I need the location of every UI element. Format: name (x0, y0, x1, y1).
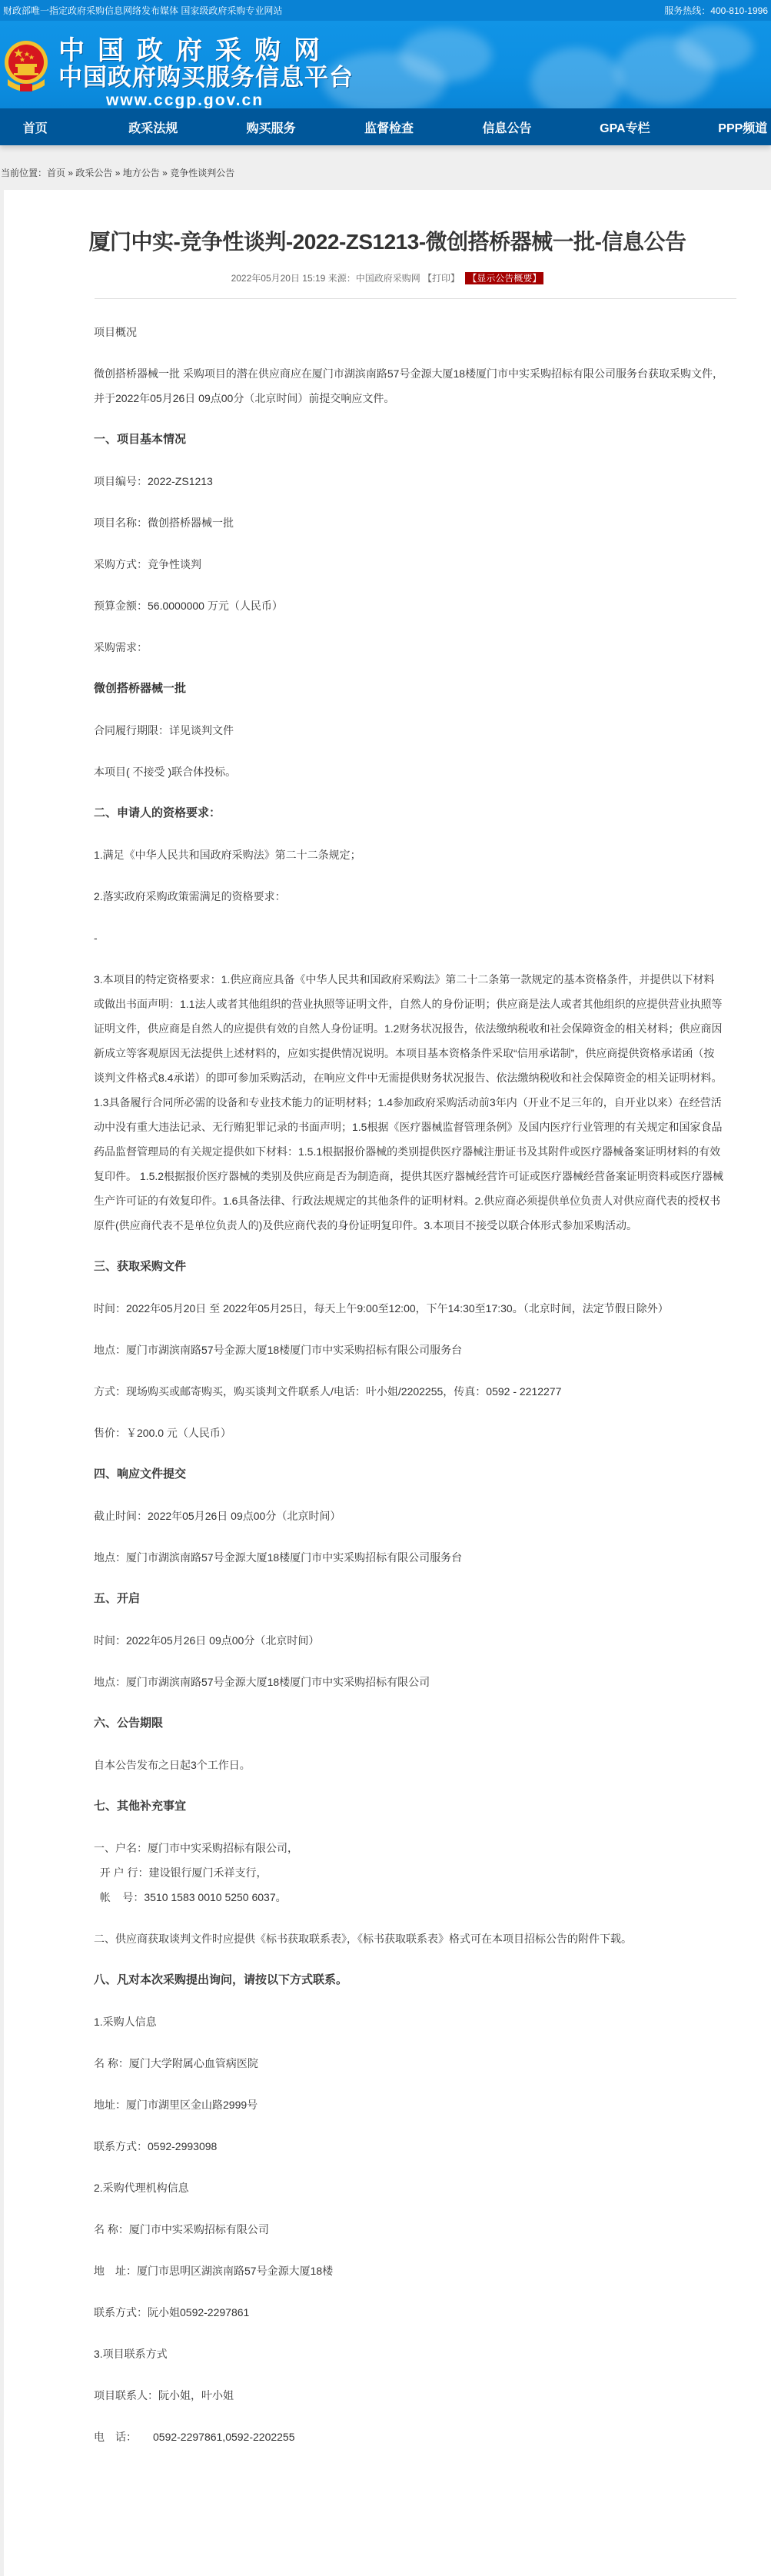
nav-item-home[interactable]: 首页 (8, 118, 62, 136)
nav-item-gpa[interactable]: GPA专栏 (597, 118, 653, 136)
site-subtitle: 中国政府购买服务信息平台 (58, 64, 354, 91)
article-source: 来源：中国政府采购网 (328, 273, 420, 284)
breadcrumb: 当前位置：首页 » 政采公告 » 地方公告 » 竞争性谈判公告 (0, 145, 771, 190)
show-summary-button[interactable]: 【显示公告概要】 (465, 272, 543, 284)
paragraph: 采购需求： (94, 635, 725, 660)
site-url: www.ccgp.gov.cn (106, 91, 354, 108)
paragraph: 地点：厦门市湖滨南路57号金源大厦18楼厦门市中实采购招标有限公司服务台 (94, 1338, 725, 1362)
paragraph: 预算金额：56.0000000 万元（人民币） (94, 593, 725, 618)
paragraph: 电 话： 0592-2297861,0592-2202255 (94, 2425, 725, 2449)
breadcrumb-home[interactable]: 首页 (47, 168, 65, 178)
paragraph: 地点：厦门市湖滨南路57号金源大厦18楼厦门市中实采购招标有限公司服务台 (94, 1545, 725, 1570)
paragraph: 本项目( 不接受 )联合体投标。 (94, 760, 725, 784)
nav-item-regulations[interactable]: 政采法规 (125, 118, 181, 136)
breadcrumb-separator: » (162, 168, 168, 178)
article-meta: 2022年05月20日 15:19 来源：中国政府采购网 【打印】 【显示公告概… (4, 271, 771, 285)
paragraph: 方式：现场购买或邮寄购买，购买谈判文件联系人/电话：叶小姐/2202255，传真… (94, 1379, 725, 1404)
paragraph: 地点：厦门市湖滨南路57号金源大厦18楼厦门市中实采购招标有限公司 (94, 1670, 725, 1694)
paragraph: 项目名称：微创搭桥器械一批 (94, 510, 725, 535)
national-emblem-icon (3, 36, 49, 96)
paragraph: 合同履行期限：详见谈判文件 (94, 718, 725, 743)
paragraph: 联系方式：阮小姐0592-2297861 (94, 2300, 725, 2325)
section-heading: 六、公告期限 (94, 1711, 725, 1736)
section-heading: 八、凡对本次采购提出询问，请按以下方式联系。 (94, 1968, 725, 1993)
top-bar: 财政部唯一指定政府采购信息网络发布媒体 国家级政府采购专业网站 服务热线：400… (0, 0, 771, 21)
paragraph: 项目编号：2022-ZS1213 (94, 469, 725, 494)
paragraph: 采购方式：竞争性谈判 (94, 552, 725, 577)
main-nav: 首页 政采法规 购买服务 监督检查 信息公告 GPA专栏 PPP频道 (0, 108, 771, 145)
paragraph: 自本公告发布之日起3个工作日。 (94, 1753, 725, 1777)
paragraph: 时间：2022年05月26日 09点00分（北京时间） (94, 1628, 725, 1653)
paragraph: - (94, 926, 725, 950)
nav-item-supervision[interactable]: 监督检查 (361, 118, 417, 136)
paragraph: 地 址：厦门市思明区湖滨南路57号金源大厦18楼 (94, 2259, 725, 2283)
paragraph: 2.采购代理机构信息 (94, 2175, 725, 2200)
paragraph: 时间：2022年05月20日 至 2022年05月25日，每天上午9:00至12… (94, 1296, 725, 1321)
section-heading: 二、申请人的资格要求： (94, 801, 725, 826)
publish-date: 2022年05月20日 15:19 (231, 273, 326, 284)
paragraph: 名 称：厦门市中实采购招标有限公司 (94, 2217, 725, 2242)
section-heading: 七、其他补充事宜 (94, 1794, 725, 1819)
site-title: 中国政府采购网 (58, 36, 354, 65)
site-logo[interactable]: 中国政府采购网 中国政府购买服务信息平台 www.ccgp.gov.cn (3, 36, 354, 108)
breadcrumb-separator: » (115, 168, 121, 178)
breadcrumb-prefix: 当前位置： (1, 168, 47, 178)
paragraph: 名 称：厦门大学附属心血管病医院 (94, 2051, 725, 2076)
section-heading: 五、开启 (94, 1587, 725, 1611)
article-title: 厦门中实-竞争性谈判-2022-ZS1213-微创搭桥器械一批-信息公告 (4, 228, 771, 256)
paragraph: 一、户名：厦门市中实采购招标有限公司， (94, 1836, 725, 1860)
site-banner: 中国政府采购网 中国政府购买服务信息平台 www.ccgp.gov.cn (0, 21, 771, 108)
site-slogan: 财政部唯一指定政府采购信息网络发布媒体 国家级政府采购专业网站 (3, 4, 282, 17)
breadcrumb-separator: » (68, 168, 73, 178)
article-body: 项目概况微创搭桥器械一批 采购项目的潜在供应商应在厦门市湖滨南路57号金源大厦1… (4, 299, 725, 2512)
paragraph: 1.满足《中华人民共和国政府采购法》第二十二条规定； (94, 843, 725, 867)
paragraph: 截止时间：2022年05月26日 09点00分（北京时间） (94, 1504, 725, 1528)
nav-item-purchase-services[interactable]: 购买服务 (243, 118, 299, 136)
paragraph: 微创搭桥器械一批 采购项目的潜在供应商应在厦门市湖滨南路57号金源大厦18楼厦门… (94, 361, 725, 410)
paragraph: 项目概况 (94, 320, 725, 344)
nav-item-ppp[interactable]: PPP频道 (715, 118, 771, 136)
paragraph: 2.落实政府采购政策需满足的资格要求： (94, 884, 725, 909)
paragraph: 项目联系人：阮小姐，叶小姐 (94, 2383, 725, 2408)
section-heading: 四、响应文件提交 (94, 1462, 725, 1487)
breadcrumb-negotiation-announcements[interactable]: 竞争性谈判公告 (170, 168, 234, 178)
paragraph: 售价：￥200.0 元（人民币） (94, 1421, 725, 1445)
paragraph: 3.项目联系方式 (94, 2342, 725, 2366)
print-link[interactable]: 【打印】 (423, 273, 460, 284)
section-heading: 三、获取采购文件 (94, 1255, 725, 1279)
paragraph: 二、供应商获取谈判文件时应提供《标书获取联系表》，《标书获取联系表》格式可在本项… (94, 1926, 725, 1951)
paragraph: 开 户 行：建设银行厦门禾祥支行， (94, 1860, 725, 1885)
paragraph: 3.本项目的特定资格要求：1.供应商应具备《中华人民共和国政府采购法》第二十二条… (94, 967, 725, 1238)
paragraph: 1.采购人信息 (94, 2009, 725, 2034)
paragraph: 帐 号：3510 1583 0010 5250 6037。 (94, 1885, 725, 1910)
section-heading: 微创搭桥器械一批 (94, 676, 725, 701)
breadcrumb-announcements[interactable]: 政采公告 (75, 168, 112, 178)
paragraph: 地址：厦门市湖里区金山路2999号 (94, 2092, 725, 2117)
nav-item-announcements[interactable]: 信息公告 (479, 118, 535, 136)
breadcrumb-local-announcements[interactable]: 地方公告 (123, 168, 160, 178)
paragraph: 联系方式：0592-2993098 (94, 2134, 725, 2159)
service-hotline: 服务热线：400-810-1996 (664, 4, 768, 17)
section-heading: 一、项目基本情况 (94, 427, 725, 452)
article-panel: 厦门中实-竞争性谈判-2022-ZS1213-微创搭桥器械一批-信息公告 202… (4, 190, 771, 2576)
